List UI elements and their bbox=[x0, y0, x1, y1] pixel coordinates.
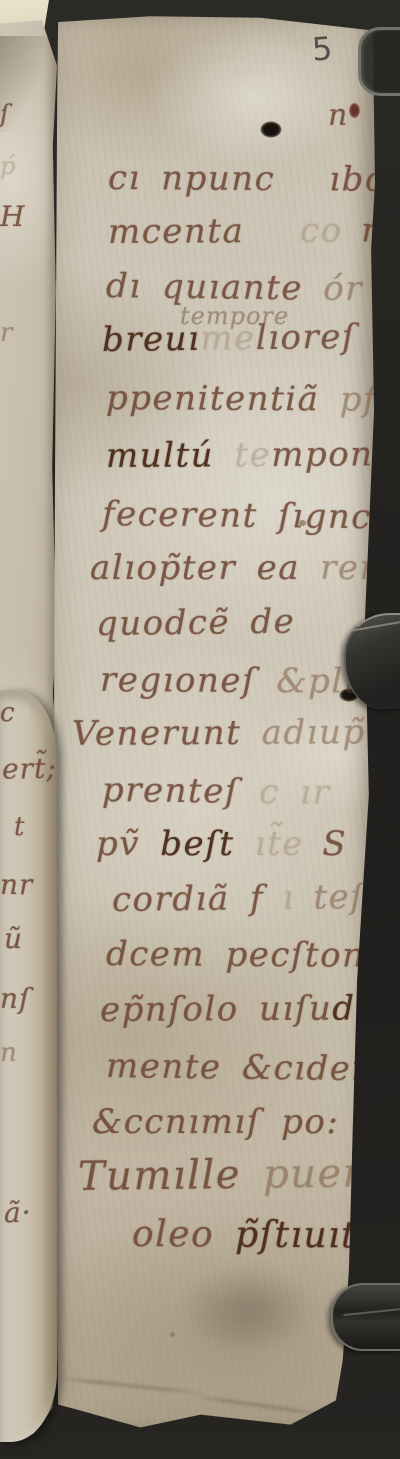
ink-segment: n bbox=[328, 98, 349, 133]
ink-segment: fı bbox=[356, 316, 400, 357]
text-block: ncı npunc ıbomcenta co nuedı quıante ór … bbox=[50, 12, 376, 1436]
ink-segment: regıoneſ bbox=[100, 660, 277, 701]
ink-segment: fecerent bbox=[102, 494, 258, 536]
left-leaf-fragment: nſ bbox=[0, 982, 31, 1016]
ink-segment: me bbox=[200, 318, 256, 359]
ink-segment: mcenta bbox=[108, 211, 265, 252]
ink-segment: cı npunc bbox=[108, 158, 275, 199]
clip-highlight bbox=[352, 621, 400, 632]
manuscript-line: mente &cıdera bbox=[106, 1046, 391, 1089]
manuscript-line: pṽ beſt ıt̃e S n bbox=[96, 824, 391, 864]
ink-segment: ro bbox=[378, 1216, 400, 1257]
left-leaf-fragment: ã· bbox=[4, 1196, 32, 1229]
ink-segment: cordıã f bbox=[112, 878, 265, 920]
ink-segment: co bbox=[264, 210, 361, 251]
ink-segment: Venerunt bbox=[72, 713, 262, 754]
manuscript-line: ep̃nſolo uıſudra bbox=[100, 988, 395, 1030]
ink-segment: ıbo bbox=[329, 159, 387, 199]
ink-segment: rem bbox=[320, 548, 393, 588]
manuscript-page: 5 ncı npunc ıbomcenta co nuedı quıante ó… bbox=[50, 12, 376, 1436]
manuscript-line: alıop̃ter ea rem bbox=[90, 548, 393, 588]
left-leaf-text-fragments: ſṕHrcert̃;tnrũnſnã· bbox=[0, 0, 60, 1459]
ink-segment: dcem pecſtonſ bbox=[106, 934, 380, 976]
manuscript-line: n bbox=[328, 98, 349, 133]
manuscript-line: multú temponſ bbox=[106, 434, 388, 476]
ink-segment: breuı bbox=[102, 319, 201, 360]
manuscript-line: prenteſ c ır ıp bbox=[102, 770, 400, 814]
left-leaf-fragment: nr bbox=[0, 868, 33, 901]
ink-segment: te bbox=[234, 435, 271, 475]
ink-segment: p̃ſtıuıt bbox=[235, 1215, 378, 1257]
ink-segment: S n bbox=[322, 824, 391, 864]
left-leaf-fragment: ſ bbox=[0, 100, 10, 128]
manuscript-line: ppenitentiã pfã bbox=[106, 378, 399, 420]
mounting-clip-top bbox=[358, 27, 400, 96]
clip-highlight bbox=[343, 1308, 400, 1316]
ink-segment: ep̃nſolo uıſu bbox=[100, 989, 332, 1030]
left-leaf-fragment: c bbox=[0, 698, 16, 728]
ink-segment: oleo bbox=[132, 1214, 235, 1256]
ink-segment: ıt̃e bbox=[234, 824, 322, 864]
ink-segment: lıoreſ bbox=[256, 317, 357, 358]
ink-segment: c ır ıp bbox=[259, 772, 400, 814]
ink-segment: nue bbox=[361, 210, 400, 250]
ink-segment: ppenitentiã bbox=[106, 378, 340, 419]
manuscript-line: fecerent ſıgnco bbox=[102, 494, 394, 538]
ink-segment: ſıgnco bbox=[258, 496, 394, 538]
manuscript-photograph: ſṕHrcert̃;tnrũnſnã· 5 ncı npunc ıbomcent… bbox=[0, 0, 400, 1459]
ink-segment: dra bbox=[332, 988, 395, 1028]
left-leaf-fragment: ṕ bbox=[0, 152, 16, 180]
ink-segment: pfã bbox=[340, 379, 399, 419]
ink-segment: pṽ bbox=[96, 824, 160, 864]
ink-segment: &ccnımıſ po: bbox=[92, 1102, 339, 1142]
manuscript-line: mcenta co nue bbox=[108, 210, 400, 252]
ink-segment: beſt bbox=[160, 824, 234, 864]
ink-segment: pueru bbox=[263, 1150, 391, 1198]
ink-segment: teſer bbox=[313, 876, 400, 917]
ink-segment: quodcẽ de bbox=[96, 602, 296, 644]
ink-segment bbox=[275, 159, 329, 199]
manuscript-line: &ccnımıſ po: bbox=[92, 1102, 339, 1142]
left-leaf-fragment: ert̃; bbox=[2, 752, 57, 786]
ink-segment: mente &cıdera bbox=[106, 1046, 391, 1089]
manuscript-line: oleo p̃ſtıuıt ro bbox=[132, 1214, 400, 1257]
left-leaf-fragment: t bbox=[14, 812, 26, 842]
ink-segment: alıop̃ter ea bbox=[90, 548, 320, 588]
mounting-clip-bottom bbox=[331, 1283, 400, 1351]
ink-segment: prenteſ bbox=[102, 770, 260, 812]
left-leaf-fragment: r bbox=[0, 318, 14, 348]
ink-segment: mponſ bbox=[271, 434, 388, 475]
manuscript-line: breuımelıoreſ fı bbox=[102, 316, 400, 360]
manuscript-line: cordıã f ı teſer bbox=[112, 876, 400, 920]
ink-segment: ı bbox=[264, 878, 314, 919]
ink-segment: Tumılle bbox=[78, 1152, 264, 1200]
manuscript-line: Tumılle pueru bbox=[78, 1150, 391, 1200]
manuscript-line: dcem pecſtonſ bbox=[106, 934, 380, 976]
manuscript-line: Venerunt adıup̃ bbox=[72, 712, 366, 754]
left-leaf-fragment: H bbox=[0, 200, 25, 233]
ink-segment: ór ſe bbox=[303, 268, 400, 309]
ink-segment: adıup̃ bbox=[261, 712, 365, 753]
ink-segment: multú bbox=[106, 435, 235, 476]
left-leaf-fragment: ũ bbox=[4, 922, 23, 955]
manuscript-line: cı npunc ıbo bbox=[108, 158, 387, 200]
left-leaf-fragment: n bbox=[0, 1038, 18, 1068]
